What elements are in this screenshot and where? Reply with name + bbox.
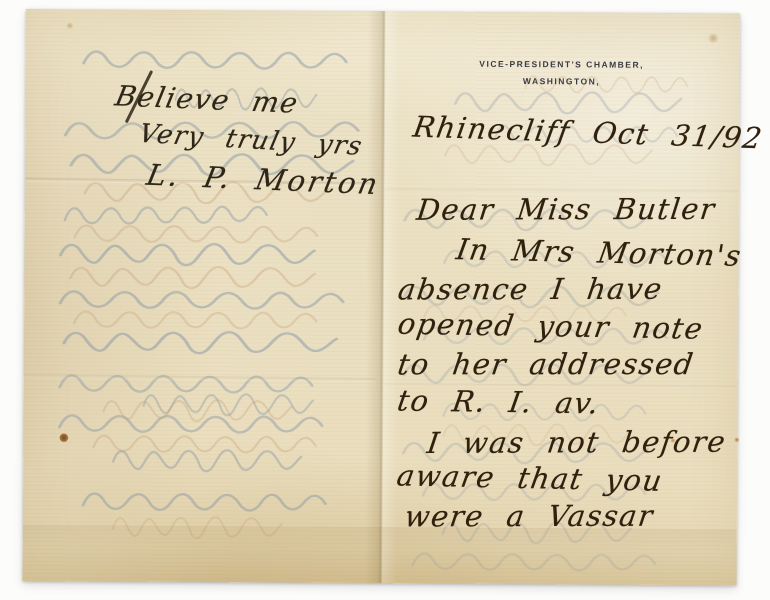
closing-line: Believe me (113, 82, 301, 117)
center-fold-crease (364, 11, 399, 583)
letterhead-line1: VICE-PRESIDENT'S CHAMBER, (384, 55, 740, 74)
foxing-spot (66, 22, 74, 29)
letterhead-line2: WASHINGTON, (384, 72, 740, 91)
closing-line: Very truly yrs (137, 121, 366, 160)
horizontal-crease-lower-left (24, 374, 376, 382)
dateline: Rhinecliff Oct 31/92 (411, 113, 765, 154)
body-line: to her addressed (396, 350, 696, 379)
letter-paper: Believe me Very truly yrs L. P. Morton V… (23, 9, 740, 585)
foxing-smudge (707, 33, 720, 43)
body-line: were a Vassar (403, 502, 656, 532)
salutation: Dear Miss Butler (415, 195, 717, 225)
body-line: In Mrs Morton's (454, 235, 744, 271)
ink-stain-dot (59, 433, 68, 442)
bottom-fold-shading (23, 525, 737, 585)
body-line: opened your note (396, 310, 706, 344)
letterhead: VICE-PRESIDENT'S CHAMBER, WASHINGTON, (384, 55, 740, 91)
signature: L. P. Morton (144, 161, 382, 199)
body-line: to R. I. av. (395, 386, 601, 418)
body-line: I was not before (425, 428, 728, 458)
foxing-dot (734, 437, 739, 442)
scan-background: Believe me Very truly yrs L. P. Morton V… (0, 0, 770, 600)
body-line: absence I have (396, 275, 664, 305)
body-line: aware that you (395, 461, 665, 495)
